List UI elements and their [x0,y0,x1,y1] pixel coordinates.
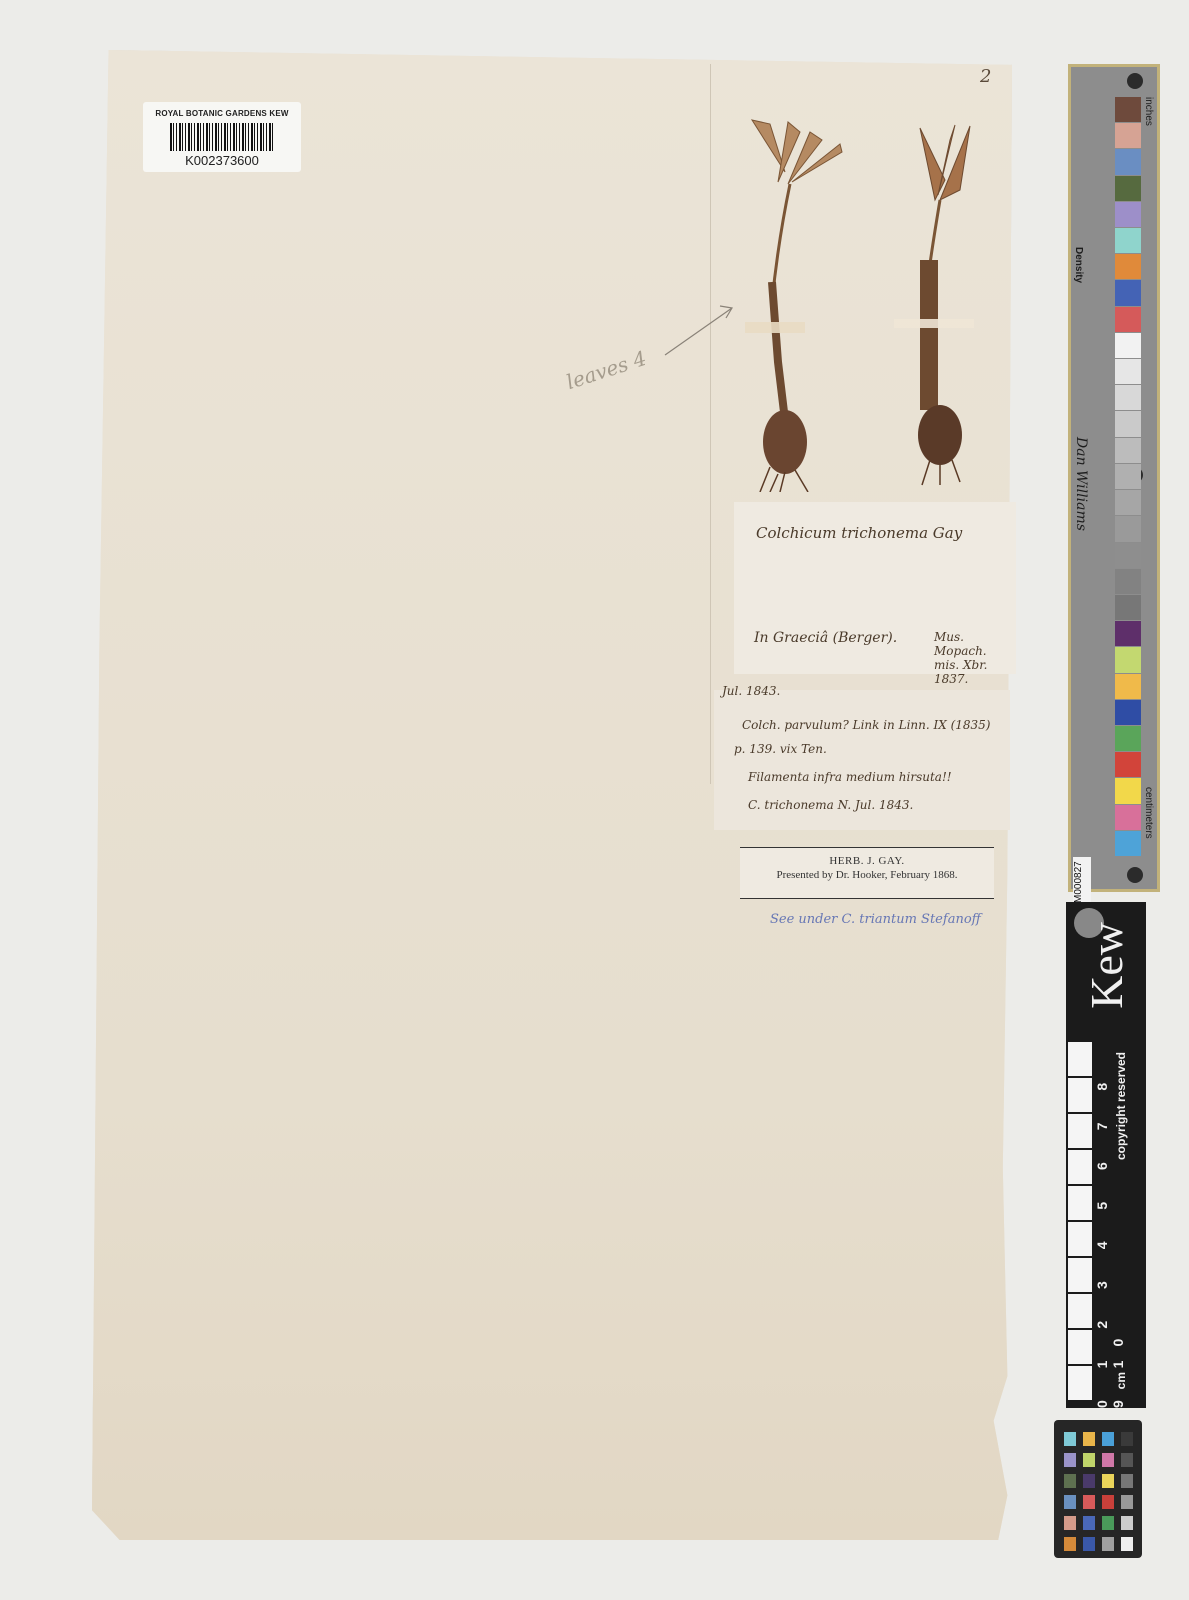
checker-swatch [1102,1474,1114,1488]
color-patch [1115,438,1141,463]
determination-label: Colchicum trichonema Gay In Graeciâ (Ber… [734,502,1016,674]
plant-specimen-left [730,112,860,492]
checker-swatch [1121,1495,1133,1509]
checker-swatch [1083,1516,1095,1530]
checker-swatch [1102,1453,1114,1467]
checker-swatch [1121,1432,1133,1446]
checker-swatch [1083,1474,1095,1488]
checker-swatch [1121,1516,1133,1530]
note-line: p. 139. vix Ten. [734,742,827,756]
checker-swatch [1121,1537,1133,1551]
page-number: 2 [980,66,991,87]
color-patch [1115,202,1141,227]
hole-icon [1127,73,1143,89]
color-patch [1115,97,1141,122]
note-line: Colch. parvulum? Link in Linn. IX (1835) [742,718,991,732]
checker-swatch [1083,1432,1095,1446]
centimeters-label: centimeters [1143,787,1154,839]
note-line: C. trichonema N. Jul. 1843. [748,798,913,812]
color-patch [1115,516,1141,541]
checker-swatch [1064,1537,1076,1551]
note-label: Jul. 1843. Colch. parvulum? Link in Linn… [714,690,1010,830]
color-patch [1115,805,1141,830]
density-label: Density [1073,247,1084,283]
barcode-icon [170,123,274,151]
herbarium-presented: Presented by Dr. Hooker, February 1868. [740,869,994,881]
color-patch [1115,700,1141,725]
checker-swatch [1064,1432,1076,1446]
color-patch [1115,831,1141,856]
barcode-number: K002373600 [143,153,301,168]
checker-swatch [1121,1453,1133,1467]
color-patch [1115,595,1141,620]
color-patch [1115,176,1141,201]
color-patch [1115,280,1141,305]
color-patch [1115,411,1141,436]
source: Mus. Mopach. mis. Xbr. 1837. [934,630,1016,686]
color-patch [1115,359,1141,384]
scale-code: M000827 [1073,857,1091,907]
color-patch [1115,228,1141,253]
mounting-tape [894,319,974,328]
checker-swatch [1083,1495,1095,1509]
taxon-name: Colchicum trichonema Gay [756,524,962,542]
checker-swatch [1102,1516,1114,1530]
mounting-tape [745,322,805,333]
color-patch [1115,752,1141,777]
color-patch [1115,385,1141,410]
color-patch [1115,778,1141,803]
color-patch [1115,569,1141,594]
brand-label: Dan Williams [1073,437,1089,531]
checker-swatch [1064,1495,1076,1509]
checker-swatch [1064,1453,1076,1467]
herbarium-title: HERB. J. GAY. [740,855,994,867]
color-patch [1115,123,1141,148]
checker-swatch [1064,1474,1076,1488]
color-patch [1115,674,1141,699]
copyright-text: copyright reserved [1114,1052,1128,1160]
label-fold-line [710,64,711,784]
unit-label: cm [1114,1372,1128,1389]
color-patch [1115,464,1141,489]
hole-icon [1127,867,1143,883]
blue-annotation: See under C. triantum Stefanoff [770,912,981,927]
pencil-arrow-icon [660,300,740,360]
color-patch [1115,543,1141,568]
inches-label: inches [1143,97,1154,126]
herbarium-label: HERB. J. GAY. Presented by Dr. Hooker, F… [740,847,994,899]
kew-ruler: Kew 0 1 2 3 4 5 6 7 8 9 10 copyright res… [1066,902,1146,1408]
color-patch [1115,254,1141,279]
color-calibration-bar: inches centimeters Density Dan Williams … [1068,64,1160,892]
plant-specimen-right [900,120,1000,490]
checker-swatch [1083,1453,1095,1467]
checker-swatch [1121,1474,1133,1488]
color-checker [1054,1420,1142,1558]
color-patch [1115,647,1141,672]
color-patch [1115,490,1141,515]
color-patch [1115,307,1141,332]
checker-swatch [1102,1537,1114,1551]
cm-scale [1068,1042,1092,1402]
color-patch [1115,149,1141,174]
checker-swatch [1102,1495,1114,1509]
note-date: Jul. 1843. [722,684,780,698]
note-line: Filamenta infra medium hirsuta!! [748,770,952,784]
checker-swatch [1064,1516,1076,1530]
locality: In Graeciâ (Berger). [754,630,897,646]
color-patch [1115,621,1141,646]
institution-name: ROYAL BOTANIC GARDENS KEW [143,109,301,118]
checker-swatch [1102,1432,1114,1446]
color-patch [1115,726,1141,751]
checker-swatch [1083,1537,1095,1551]
color-patch [1115,333,1141,358]
kew-logo: Kew [1080,922,1133,1009]
barcode-label: ROYAL BOTANIC GARDENS KEW K002373600 [143,102,301,172]
